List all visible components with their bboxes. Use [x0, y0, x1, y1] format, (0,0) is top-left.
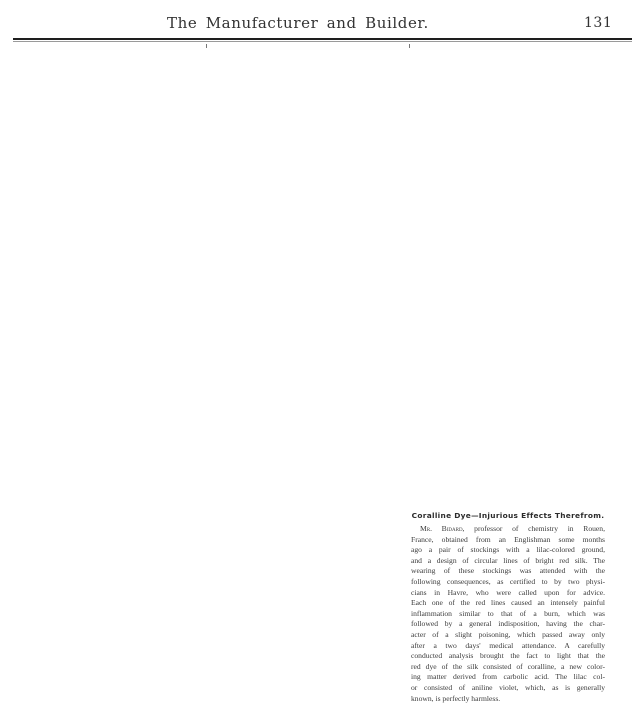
article-line: and a design of circular lines of bright… — [411, 556, 605, 567]
article-line: inflammation similar to that of a burn, … — [411, 609, 605, 620]
article-line: acter of a slight poisoning, which passe… — [411, 630, 605, 641]
article-line: known, is perfectly harmless. — [411, 694, 605, 705]
article-line: following consequences, as certified to … — [411, 577, 605, 588]
article-line: after a two days' medical attendance. A … — [411, 641, 605, 652]
column-divider-tick — [206, 44, 207, 48]
article-line: or consisted of aniline violet, which, a… — [411, 683, 605, 694]
article-line: France, obtained from an Englishman some… — [411, 535, 605, 546]
article-line: ago a pair of stockings with a lilac-col… — [411, 545, 605, 556]
header-rule-thin — [13, 41, 632, 42]
article-coralline-dye: Coralline Dye—Injurious Effects Therefro… — [411, 511, 605, 704]
article-heading: Coralline Dye—Injurious Effects Therefro… — [411, 511, 605, 521]
journal-title: The Manufacturer and Builder. — [167, 14, 429, 32]
running-head: The Manufacturer and Builder. 131 — [0, 14, 644, 34]
article-body: Mr. Bidard, professor of chemistry in Ro… — [411, 524, 605, 704]
article-line: wearing of these stockings was attended … — [411, 566, 605, 577]
article-line: Mr. Bidard, professor of chemistry in Ro… — [411, 524, 605, 535]
article-line: ing matter derived from carbolic acid. T… — [411, 672, 605, 683]
article-line: red dye of the silk consisted of coralli… — [411, 662, 605, 673]
article-line: Each one of the red lines caused an inte… — [411, 598, 605, 609]
article-line: followed by a general indisposition, hav… — [411, 619, 605, 630]
lead-name: Mr. Bidard, — [420, 524, 464, 533]
page-number: 131 — [584, 15, 612, 31]
column-divider-tick — [409, 44, 410, 48]
article-line: cians in Havre, who were called upon for… — [411, 588, 605, 599]
article-line: conducted analysis brought the fact to l… — [411, 651, 605, 662]
header-rule — [13, 38, 632, 40]
